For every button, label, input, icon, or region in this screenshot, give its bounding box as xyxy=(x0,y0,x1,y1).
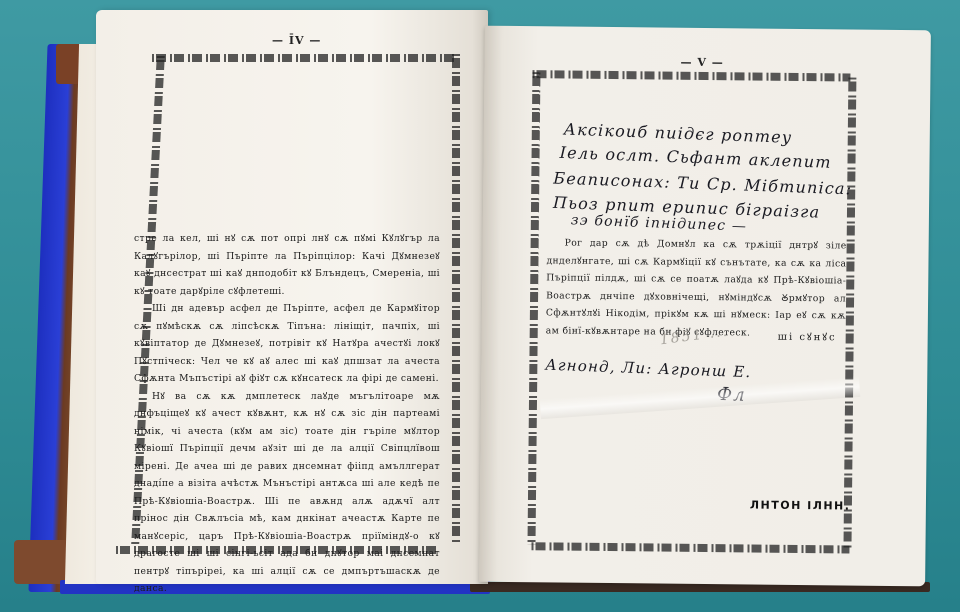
page-number-right: — V — xyxy=(680,56,723,69)
ornamental-border-right xyxy=(452,54,460,544)
paragraph: Нꙋ ва сѫ кѫ дмплетеск лаꙋде мъгълітоаре … xyxy=(134,388,440,598)
paragraph: стре ла кел, ші нꙋ сѫ пот опрі лнꙋ сѫ пꙋ… xyxy=(134,230,440,300)
ornamental-border-top xyxy=(532,70,850,81)
paragraph: Рог дар сѫ дѣ Домнꙋл ка сѫ трѫіції днтрꙋ… xyxy=(546,234,847,342)
closing-text: ші сꙋнꙋс xyxy=(778,329,837,344)
left-page: — ĪV — стре ла кел, ші нꙋ сѫ пот опрі лн… xyxy=(96,10,488,584)
page-number-left: — ĪV — xyxy=(272,34,321,47)
right-page: — V — Аксікоиб пиідєг роптеу Іель ослт. … xyxy=(479,26,931,587)
right-page-text: Рог дар сѫ дѣ Домнꙋл ка сѫ трѫіції днтрꙋ… xyxy=(546,234,847,342)
ornamental-border-bottom xyxy=(531,542,849,553)
handwritten-line: Аксікоиб пиідєг роптеу xyxy=(564,120,793,147)
ornamental-border-left xyxy=(527,72,540,544)
handwritten-line: Іель ослт. Сьфант аклепит xyxy=(559,143,832,172)
ornamental-border-top xyxy=(152,54,458,62)
author-name: ЛНТОН ІЛНН. xyxy=(750,498,851,512)
left-page-text: стре ла кел, ші нꙋ сѫ пот опрі лнꙋ сѫ пꙋ… xyxy=(134,230,440,598)
open-book: — ĪV — стре ла кел, ші нꙋ сѫ пот опрі лн… xyxy=(0,0,960,612)
paragraph: Ші дн адевър асфел де Пъріпте, асфел де … xyxy=(134,300,440,388)
handwritten-signature: Агнонд, Ли: Агронш Е. xyxy=(545,356,752,382)
